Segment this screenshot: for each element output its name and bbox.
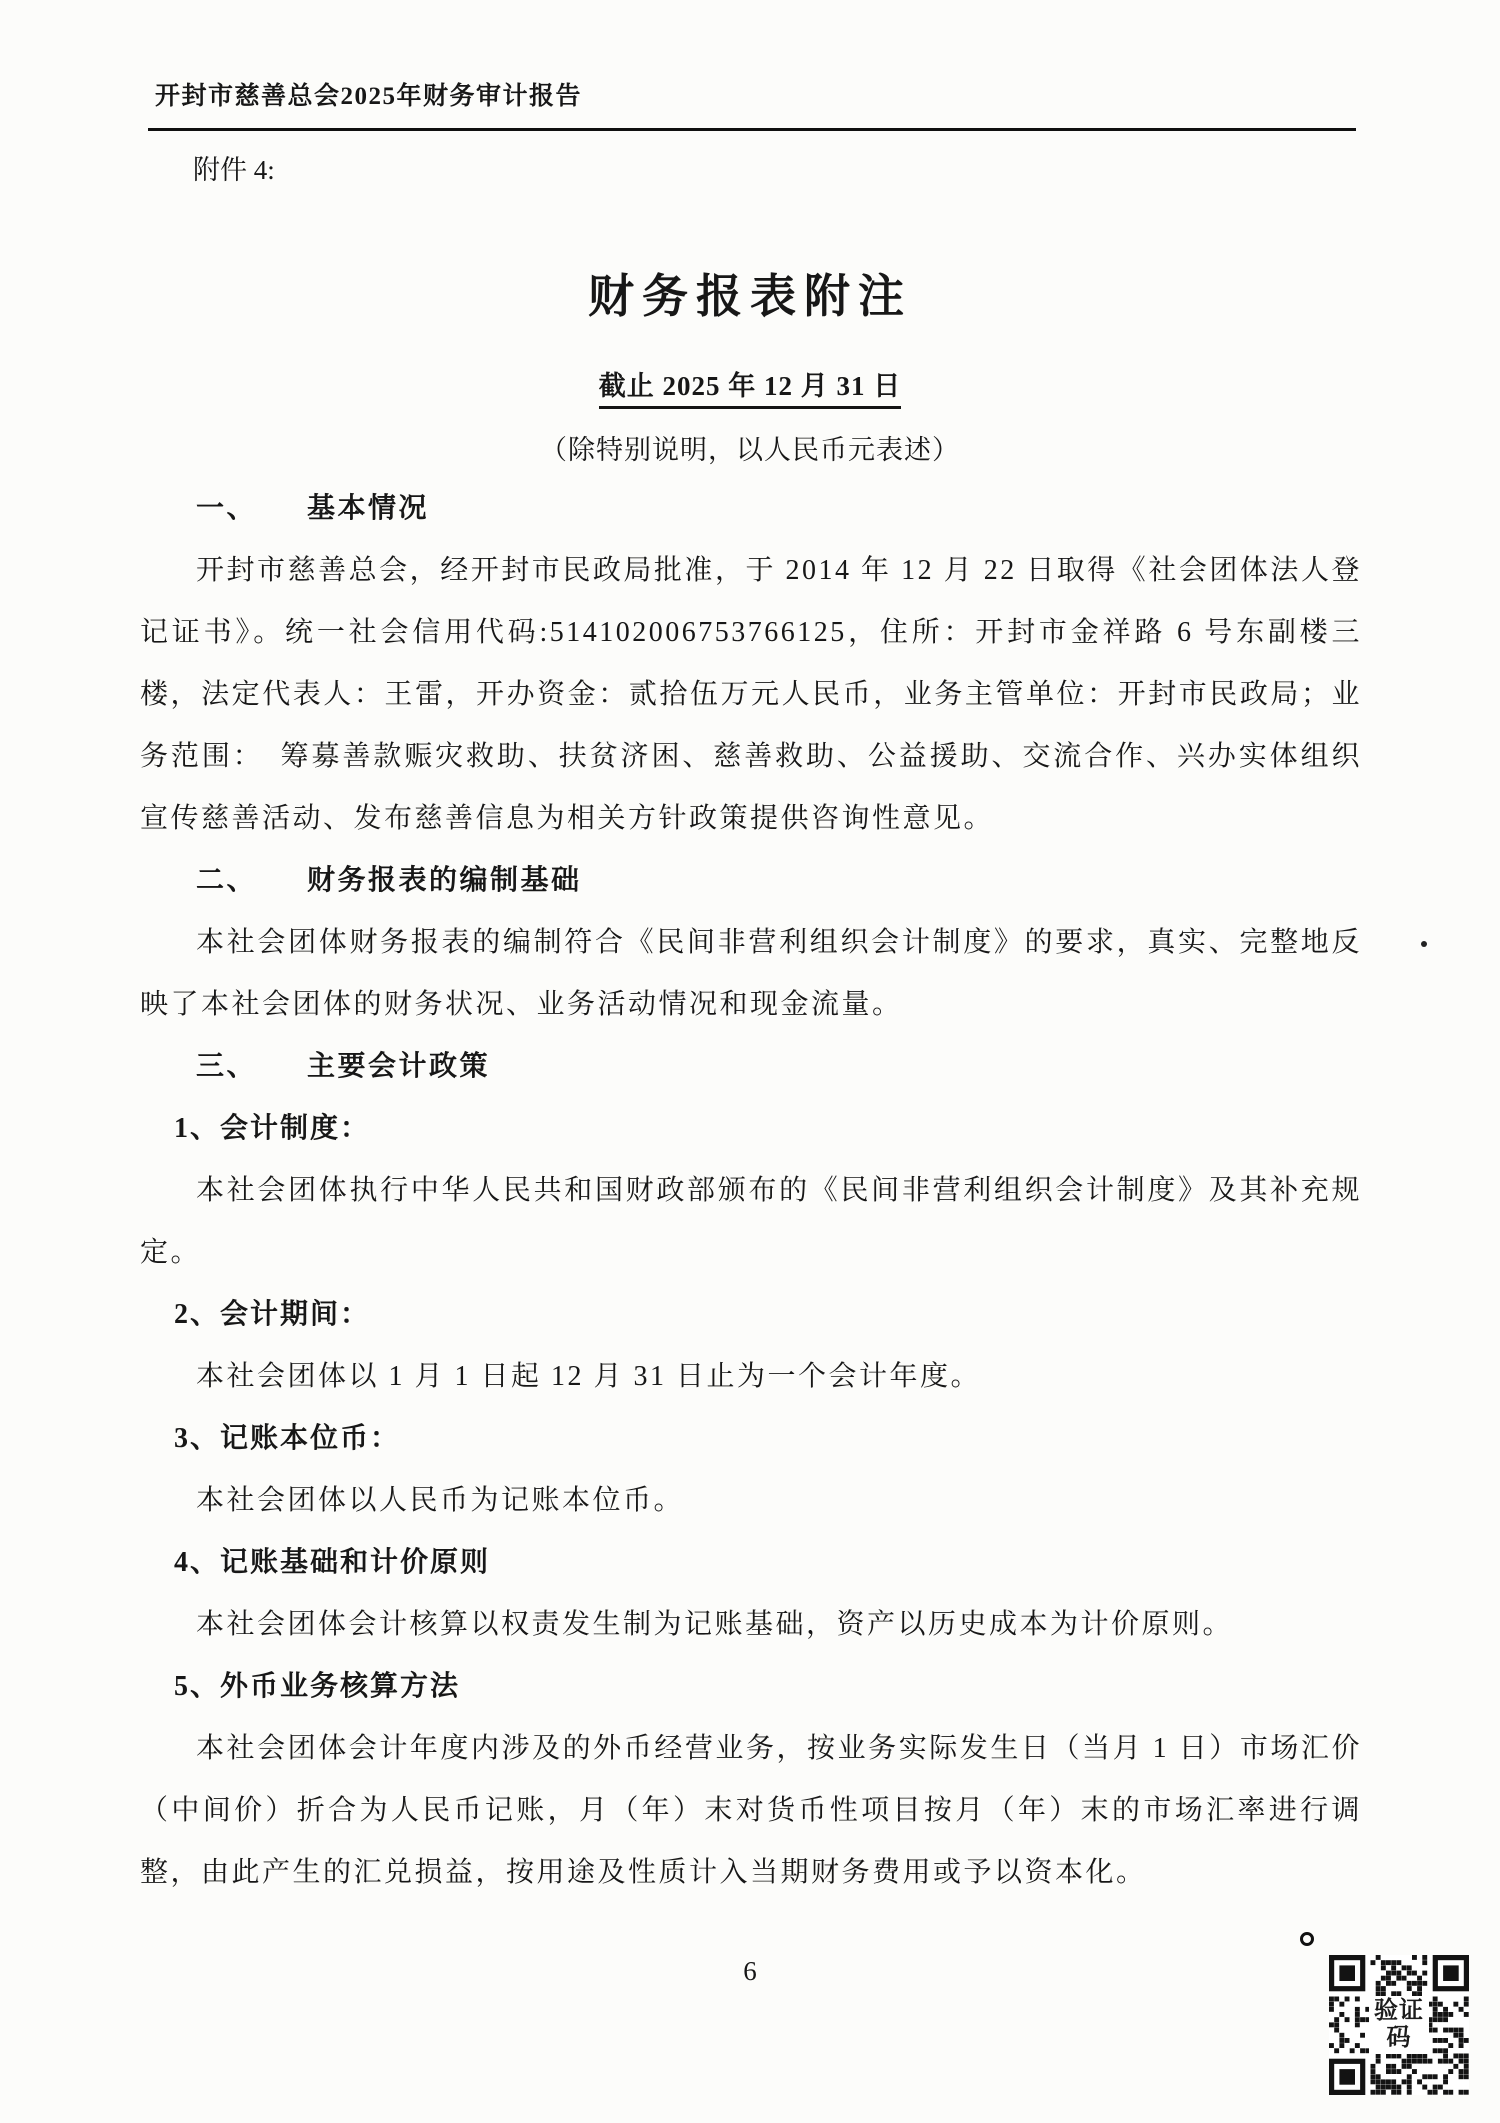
scan-artifact-dot (1421, 941, 1427, 947)
paragraph-functional-currency: 本社会团体以人民币为记账本位币。 (140, 1470, 1362, 1532)
subsection-heading-accounting-system: 1、会计制度： (140, 1098, 1362, 1160)
subsection-heading-foreign-currency: 5、外币业务核算方法 (140, 1656, 1362, 1718)
section-heading-1: 一、基本情况 (140, 478, 1362, 540)
header-rule (148, 128, 1356, 131)
subsection-heading-accounting-period: 2、会计期间： (140, 1284, 1362, 1346)
document-body: 一、基本情况 开封市慈善总会，经开封市民政局批准，于 2014 年 12 月 2… (140, 478, 1362, 1904)
scan-artifact-ring (1300, 1932, 1314, 1946)
document-title: 财务报表附注 (0, 260, 1500, 326)
section-3-title: 主要会计政策 (307, 1051, 490, 1082)
paragraph-accounting-basis: 本社会团体会计核算以权责发生制为记账基础，资产以历史成本为计价原则。 (140, 1594, 1362, 1656)
paragraph-foreign-currency: 本社会团体会计年度内涉及的外币经营业务，按业务实际发生日（当月 1 日）市场汇价… (140, 1718, 1362, 1904)
running-header-title: 开封市慈善总会2025年财务审计报告 (155, 76, 582, 112)
section-2-title: 财务报表的编制基础 (307, 865, 582, 896)
section-3-number: 三、 (196, 1051, 257, 1082)
page-number: 6 (0, 1956, 1500, 1987)
section-2-number: 二、 (196, 865, 257, 896)
paragraph-accounting-system: 本社会团体执行中华人民共和国财政部颁布的《民间非营利组织会计制度》及其补充规定。 (140, 1160, 1362, 1284)
subsection-heading-accounting-basis: 4、记账基础和计价原则 (140, 1532, 1362, 1594)
section-heading-2: 二、财务报表的编制基础 (140, 850, 1362, 912)
scanned-document-page: 开封市慈善总会2025年财务审计报告 附件 4: 财务报表附注 截止 2025 … (0, 0, 1500, 2123)
section-1-number: 一、 (196, 493, 257, 524)
attachment-label: 附件 4: (193, 148, 275, 187)
qr-code: 验证码 (1329, 1955, 1469, 2095)
section-1-title: 基本情况 (307, 493, 429, 524)
subsection-heading-functional-currency: 3、记账本位币： (140, 1408, 1362, 1470)
date-underlined-text: 截止 2025 年 12 月 31 日 (599, 371, 902, 409)
paragraph-accounting-period: 本社会团体以 1 月 1 日起 12 月 31 日止为一个会计年度。 (140, 1346, 1362, 1408)
document-date-subtitle: 截止 2025 年 12 月 31 日 (0, 364, 1500, 403)
qr-code-label: 验证码 (1369, 1996, 1429, 2054)
paragraph-preparation-basis: 本社会团体财务报表的编制符合《民间非营利组织会计制度》的要求，真实、完整地反映了… (140, 912, 1362, 1036)
section-heading-3: 三、主要会计政策 (140, 1036, 1362, 1098)
currency-note: （除特别说明，以人民币元表述） (0, 428, 1500, 467)
paragraph-basic-info: 开封市慈善总会，经开封市民政局批准，于 2014 年 12 月 22 日取得《社… (140, 540, 1362, 850)
